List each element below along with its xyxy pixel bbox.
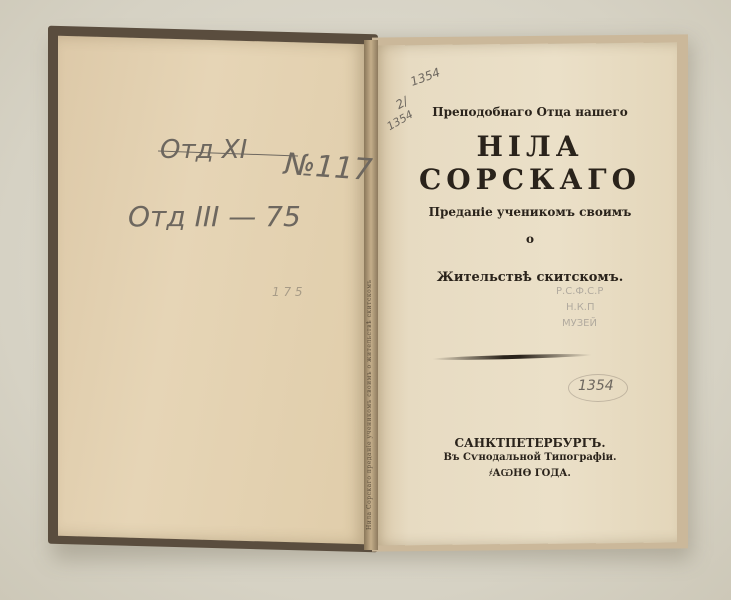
imprint-press: Въ Сѵнодальной Типографіи. xyxy=(380,452,680,463)
pencil-number-right: 1354 xyxy=(578,378,614,394)
pencil-inscription-shelf: Отд III — 75 xyxy=(128,200,301,233)
title-main: НІЛА СОРСКАГО xyxy=(380,130,680,196)
title-line-3: Преданіе ученикомъ своимъ xyxy=(380,205,680,219)
left-page xyxy=(58,36,366,545)
spine-text: Нила Сорскаго преданіе ученикомъ своимъ … xyxy=(366,130,376,530)
title-line-4: о xyxy=(380,232,680,246)
pencil-inscription-struck: Отд XI xyxy=(160,135,247,165)
stamp-line-3: МУЗЕЙ xyxy=(562,318,597,329)
title-line-5: Жительствѣ скитскомъ. xyxy=(380,270,680,285)
faint-mark: 1 7 5 xyxy=(272,285,303,299)
title-line-1: Преподобнаго Отца нашего xyxy=(380,105,680,119)
stamp-line-1: Р.С.Ф.С.Р xyxy=(556,286,603,297)
pencil-number: №117 xyxy=(283,147,374,188)
imprint-city: САНКТПЕТЕРБУРГЪ. xyxy=(380,436,680,450)
stamp-line-2: Н.К.П xyxy=(566,302,595,313)
imprint-year: ҂АѠНѲ ГОДА. xyxy=(380,468,680,479)
